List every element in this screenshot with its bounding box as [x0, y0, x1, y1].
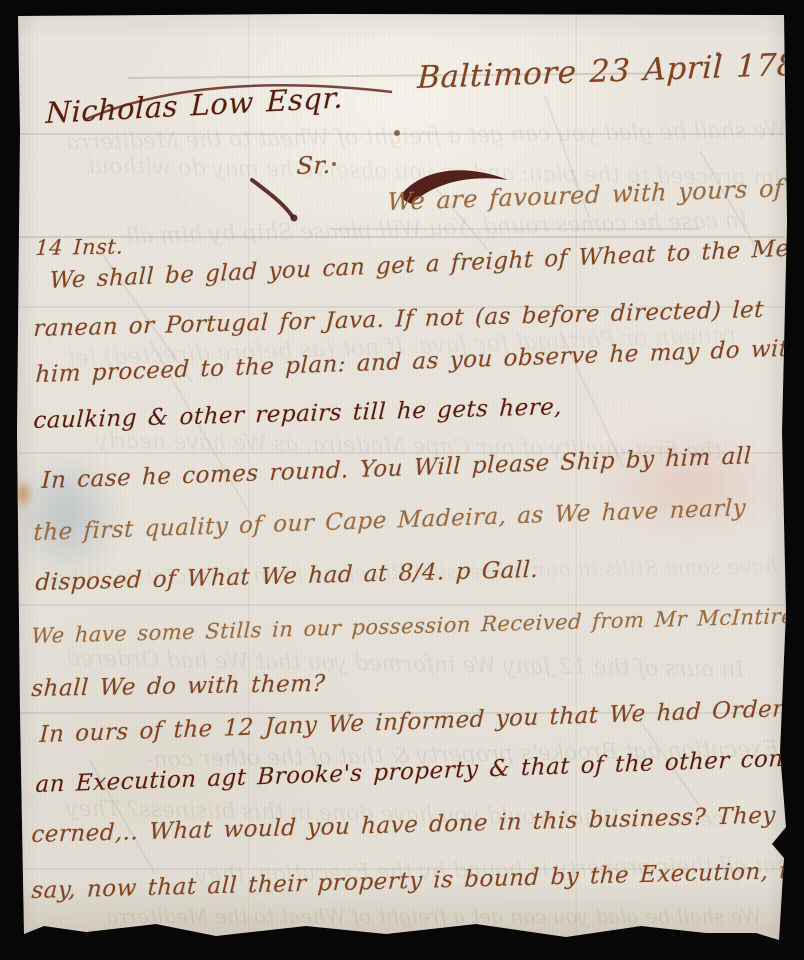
- letter-line-6: caulking & other repairs till he gets he…: [33, 394, 563, 434]
- horizontal-crease: [18, 133, 784, 135]
- letter-line-5: him proceed to the plan: and as you obse…: [35, 334, 788, 388]
- bleedthrough-text: We shall be glad you can get a freight o…: [106, 904, 762, 928]
- letter-line-12: In ours of the 12 Jany We informed you t…: [39, 695, 788, 748]
- letter-line-3: We shall be glad you can get a freight o…: [49, 232, 788, 294]
- foxing-dot: [332, 162, 336, 166]
- horizontal-crease: [18, 604, 784, 606]
- ink-slash-stroke: [252, 180, 292, 216]
- horizontal-crease: [18, 236, 784, 238]
- letter-line-2: 14 Inst.: [35, 234, 124, 260]
- letter-line-15: say, now that all their property is boun…: [31, 857, 788, 904]
- pencil-stroke: [330, 228, 700, 230]
- letter-line-1: We are favoured with yours of the: [387, 172, 788, 216]
- letter-line-9: disposed of What We had at 8/4. p Gall.: [35, 557, 539, 596]
- letter-line-14: cerned,.. What would you have done in th…: [31, 803, 777, 849]
- letter-line-8: the first quality of our Cape Madeira, a…: [33, 495, 747, 546]
- ink-blot: [291, 215, 298, 222]
- letter-line-7: In case he comes round. You Will please …: [41, 443, 752, 494]
- foxing-dot: [394, 130, 400, 136]
- letter-photograph: We shall be glad you can get a freight o…: [0, 0, 804, 960]
- vertical-crease: [575, 12, 577, 944]
- bleedthrough-text: We shall be glad you can get a freight o…: [66, 118, 787, 156]
- edge-chip-stain: [16, 478, 34, 510]
- letter-line-11: shall We do with them?: [31, 671, 326, 702]
- dateline: Baltimore 23 April 1788: [417, 46, 788, 96]
- recipient: Nicholas Low Esqr.: [45, 80, 343, 130]
- letter-line-13: an Execution agt Brooke's property & tha…: [35, 746, 788, 798]
- letter-paper: We shall be glad you can get a freight o…: [16, 12, 788, 944]
- letter-line-4: ranean or Portugal for Java. If not (as …: [33, 297, 765, 342]
- letter-line-10: We have some Stills in our possession Re…: [31, 602, 788, 648]
- salutation: Sr.: [296, 151, 331, 180]
